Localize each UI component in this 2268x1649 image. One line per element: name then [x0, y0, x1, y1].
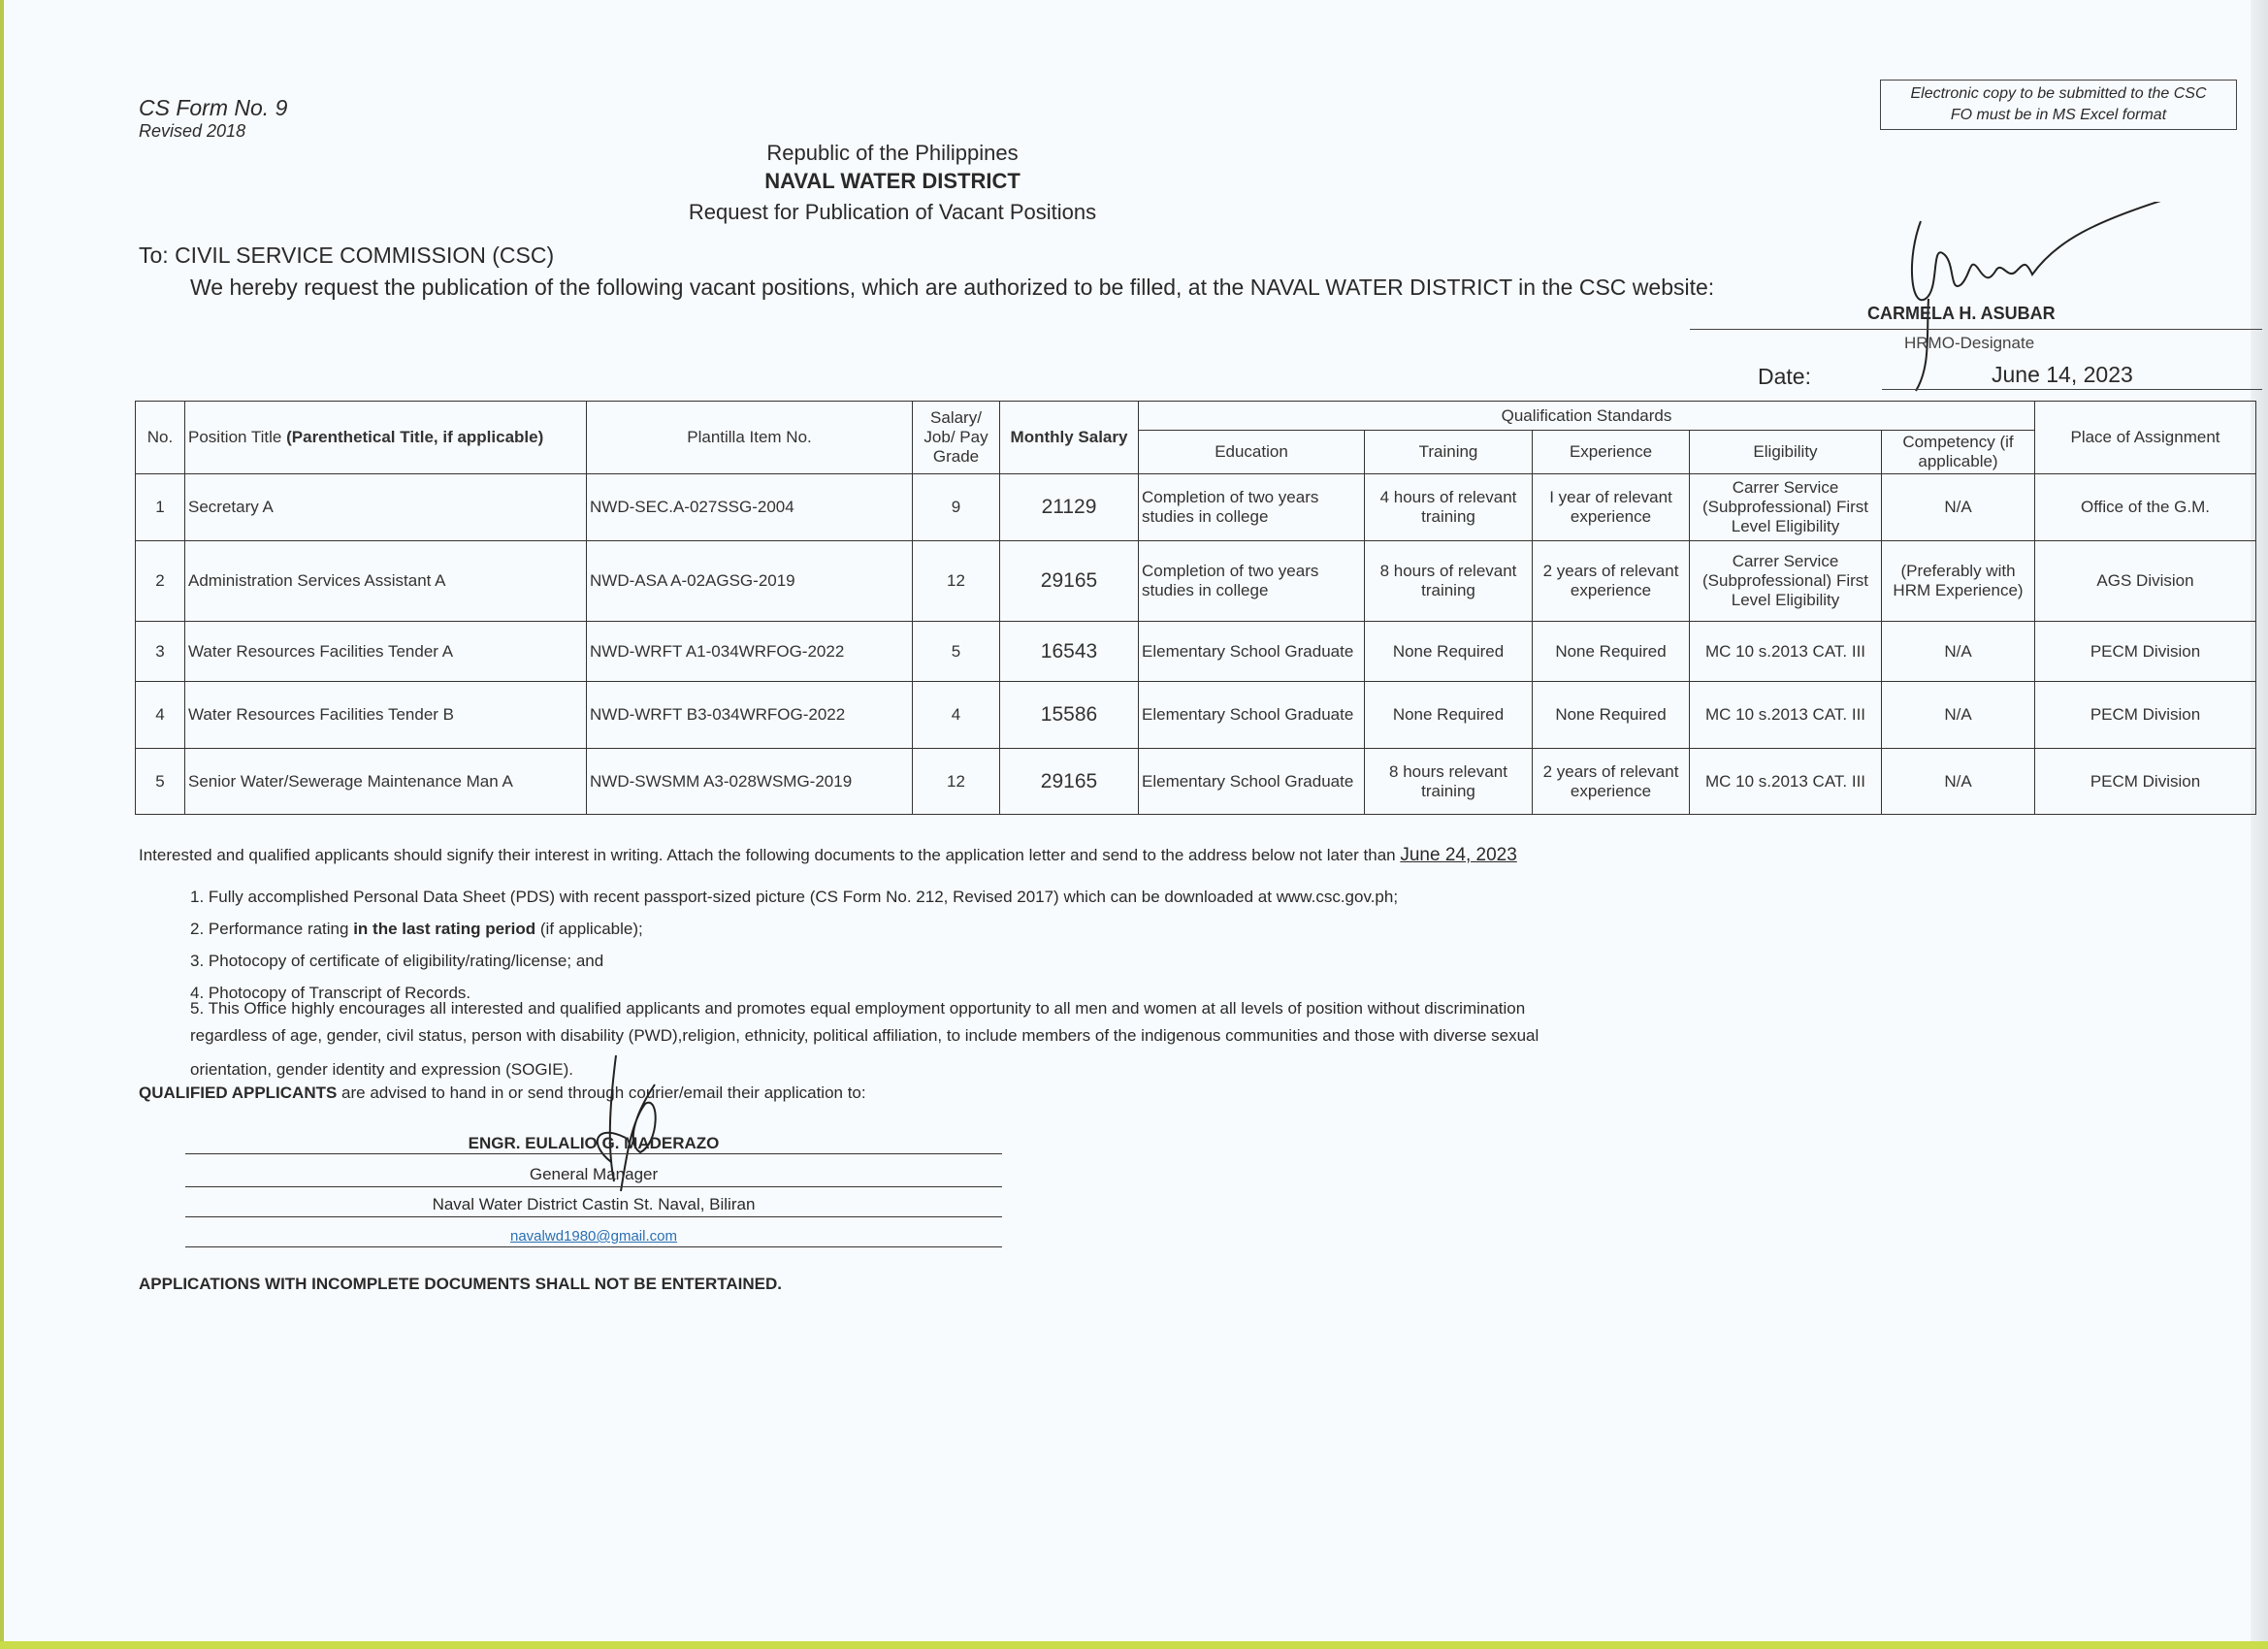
- cell-row-number: 3: [136, 622, 185, 682]
- document-title: Request for Publication of Vacant Positi…: [0, 200, 1785, 225]
- cell-place-of-assignment: PECM Division: [2035, 622, 2256, 682]
- requirement-5-line-3: orientation, gender identity and express…: [190, 1060, 573, 1080]
- qualified-applicants-bold: QUALIFIED APPLICANTS: [139, 1083, 337, 1102]
- incomplete-documents-warning: APPLICATIONS WITH INCOMPLETE DOCUMENTS S…: [139, 1275, 782, 1294]
- header-no: No.: [136, 402, 185, 474]
- requirement-2-post: (if applicable);: [535, 920, 643, 938]
- table-row: 4Water Resources Facilities Tender BNWD-…: [136, 682, 2256, 749]
- signature-line: [1690, 329, 2262, 330]
- cell-pay-grade: 5: [913, 622, 1000, 682]
- qualified-applicants-note: QUALIFIED APPLICANTS are advised to hand…: [139, 1083, 866, 1103]
- cell-monthly-salary: 21129: [1000, 474, 1139, 541]
- header-qualification-standards: Qualification Standards: [1139, 402, 2035, 431]
- notice-line-1: Electronic copy to be submitted to the C…: [1881, 83, 2236, 105]
- contact-title: General Manager: [185, 1165, 1002, 1184]
- cell-plantilla-item: NWD-ASA A-02AGSG-2019: [587, 541, 913, 622]
- cell-eligibility: Carrer Service (Subprofessional) First L…: [1690, 541, 1882, 622]
- table-row: 2Administration Services Assistant ANWD-…: [136, 541, 2256, 622]
- cell-training: None Required: [1365, 682, 1533, 749]
- header-plantilla: Plantilla Item No.: [587, 402, 913, 474]
- cell-position-title: Water Resources Facilities Tender B: [185, 682, 587, 749]
- cell-monthly-salary: 16543: [1000, 622, 1139, 682]
- cell-education: Elementary School Graduate: [1139, 682, 1365, 749]
- cell-training: None Required: [1365, 622, 1533, 682]
- contact-email-wrap: navalwd1980@gmail.com: [185, 1226, 1002, 1245]
- form-number: CS Form No. 9: [139, 95, 287, 121]
- cell-position-title: Administration Services Assistant A: [185, 541, 587, 622]
- header-grade: Salary/ Job/ Pay Grade: [913, 402, 1000, 474]
- cell-place-of-assignment: AGS Division: [2035, 541, 2256, 622]
- requirement-2-bold: in the last rating period: [353, 920, 535, 938]
- cell-competency: N/A: [1882, 622, 2035, 682]
- addressee: To: CIVIL SERVICE COMMISSION (CSC): [139, 242, 554, 269]
- signatory-role: HRMO-Designate: [1904, 334, 2034, 353]
- cell-education: Elementary School Graduate: [1139, 749, 1365, 815]
- header-position-title-text: Position Title: [188, 428, 286, 446]
- signatory-name: CARMELA H. ASUBAR: [1867, 304, 2056, 324]
- cell-competency: N/A: [1882, 682, 2035, 749]
- form-revision: Revised 2018: [139, 121, 245, 142]
- cell-place-of-assignment: Office of the G.M.: [2035, 474, 2256, 541]
- cell-pay-grade: 9: [913, 474, 1000, 541]
- requirement-2: 2. Performance rating in the last rating…: [190, 920, 643, 939]
- cell-experience: None Required: [1533, 682, 1690, 749]
- header-eligibility: Eligibility: [1690, 431, 1882, 474]
- contact-line-2: [185, 1186, 1002, 1187]
- cell-place-of-assignment: PECM Division: [2035, 749, 2256, 815]
- deadline-date: June 24, 2023: [1400, 845, 1516, 865]
- table-row: 3Water Resources Facilities Tender ANWD-…: [136, 622, 2256, 682]
- cell-eligibility: MC 10 s.2013 CAT. III: [1690, 749, 1882, 815]
- header-training: Training: [1365, 431, 1533, 474]
- vacant-positions-table: No. Position Title (Parenthetical Title,…: [135, 401, 2256, 815]
- header-parenthetical: (Parenthetical Title, if applicable): [286, 428, 543, 446]
- scan-edge-left: [0, 0, 4, 1649]
- contact-email-link[interactable]: navalwd1980@gmail.com: [510, 1228, 677, 1245]
- contact-line-1: [185, 1153, 1002, 1154]
- cell-training: 8 hours of relevant training: [1365, 541, 1533, 622]
- instructions-lead-text: Interested and qualified applicants shou…: [139, 846, 1400, 864]
- cell-plantilla-item: NWD-SEC.A-027SSG-2004: [587, 474, 913, 541]
- requirement-5-line-2: regardless of age, gender, civil status,…: [190, 1026, 1539, 1046]
- requirement-1: 1. Fully accomplished Personal Data Shee…: [190, 888, 1398, 907]
- cell-pay-grade: 12: [913, 541, 1000, 622]
- requirement-2-pre: 2. Performance rating: [190, 920, 353, 938]
- cell-competency: (Preferably with HRM Experience): [1882, 541, 2035, 622]
- notice-line-2: FO must be in MS Excel format: [1881, 105, 2236, 126]
- header-experience: Experience: [1533, 431, 1690, 474]
- date-line: [1882, 389, 2262, 390]
- cell-education: Elementary School Graduate: [1139, 622, 1365, 682]
- cell-monthly-salary: 15586: [1000, 682, 1139, 749]
- cell-position-title: Water Resources Facilities Tender A: [185, 622, 587, 682]
- cell-eligibility: MC 10 s.2013 CAT. III: [1690, 622, 1882, 682]
- table-row: 1Secretary ANWD-SEC.A-027SSG-2004921129C…: [136, 474, 2256, 541]
- date-value: June 14, 2023: [1992, 362, 2133, 388]
- cell-experience: None Required: [1533, 622, 1690, 682]
- cell-monthly-salary: 29165: [1000, 541, 1139, 622]
- scan-edge-right: [2251, 0, 2268, 1649]
- cell-eligibility: MC 10 s.2013 CAT. III: [1690, 682, 1882, 749]
- cell-experience: I year of relevant experience: [1533, 474, 1690, 541]
- cell-plantilla-item: NWD-SWSMM A3-028WSMG-2019: [587, 749, 913, 815]
- cell-plantilla-item: NWD-WRFT A1-034WRFOG-2022: [587, 622, 913, 682]
- cell-competency: N/A: [1882, 749, 2035, 815]
- header-position-title: Position Title (Parenthetical Title, if …: [185, 402, 587, 474]
- cell-competency: N/A: [1882, 474, 2035, 541]
- requirement-5-line-1: 5. This Office highly encourages all int…: [190, 999, 1525, 1018]
- header-monthly-salary: Monthly Salary: [1000, 402, 1139, 474]
- cell-row-number: 1: [136, 474, 185, 541]
- date-label: Date:: [1758, 364, 1811, 390]
- cell-training: 8 hours relevant training: [1365, 749, 1533, 815]
- cell-education: Completion of two years studies in colle…: [1139, 541, 1365, 622]
- cell-row-number: 5: [136, 749, 185, 815]
- cell-pay-grade: 12: [913, 749, 1000, 815]
- contact-line-3: [185, 1216, 1002, 1217]
- cell-place-of-assignment: PECM Division: [2035, 682, 2256, 749]
- requirement-3: 3. Photocopy of certificate of eligibili…: [190, 952, 603, 971]
- cell-row-number: 4: [136, 682, 185, 749]
- contact-name: ENGR. EULALIO G. MADERAZO: [185, 1134, 1002, 1153]
- cell-education: Completion of two years studies in colle…: [1139, 474, 1365, 541]
- header-place: Place of Assignment: [2035, 402, 2256, 474]
- cell-experience: 2 years of relevant experience: [1533, 749, 1690, 815]
- cell-position-title: Senior Water/Sewerage Maintenance Man A: [185, 749, 587, 815]
- header-education: Education: [1139, 431, 1365, 474]
- cell-eligibility: Carrer Service (Subprofessional) First L…: [1690, 474, 1882, 541]
- instructions-lead: Interested and qualified applicants shou…: [139, 845, 1517, 866]
- table-row: 5Senior Water/Sewerage Maintenance Man A…: [136, 749, 2256, 815]
- cell-training: 4 hours of relevant training: [1365, 474, 1533, 541]
- scan-edge-bottom: [0, 1641, 2268, 1649]
- contact-address: Naval Water District Castin St. Naval, B…: [185, 1195, 1002, 1214]
- organization-heading: NAVAL WATER DISTRICT: [0, 169, 1785, 194]
- cell-monthly-salary: 29165: [1000, 749, 1139, 815]
- cell-plantilla-item: NWD-WRFT B3-034WRFOG-2022: [587, 682, 913, 749]
- cell-position-title: Secretary A: [185, 474, 587, 541]
- contact-line-4: [185, 1246, 1002, 1247]
- header-competency: Competency (if applicable): [1882, 431, 2035, 474]
- excel-format-notice: Electronic copy to be submitted to the C…: [1880, 80, 2237, 130]
- cell-row-number: 2: [136, 541, 185, 622]
- intro-text: We hereby request the publication of the…: [190, 275, 1714, 301]
- cell-pay-grade: 4: [913, 682, 1000, 749]
- cell-experience: 2 years of relevant experience: [1533, 541, 1690, 622]
- republic-heading: Republic of the Philippines: [0, 141, 1785, 166]
